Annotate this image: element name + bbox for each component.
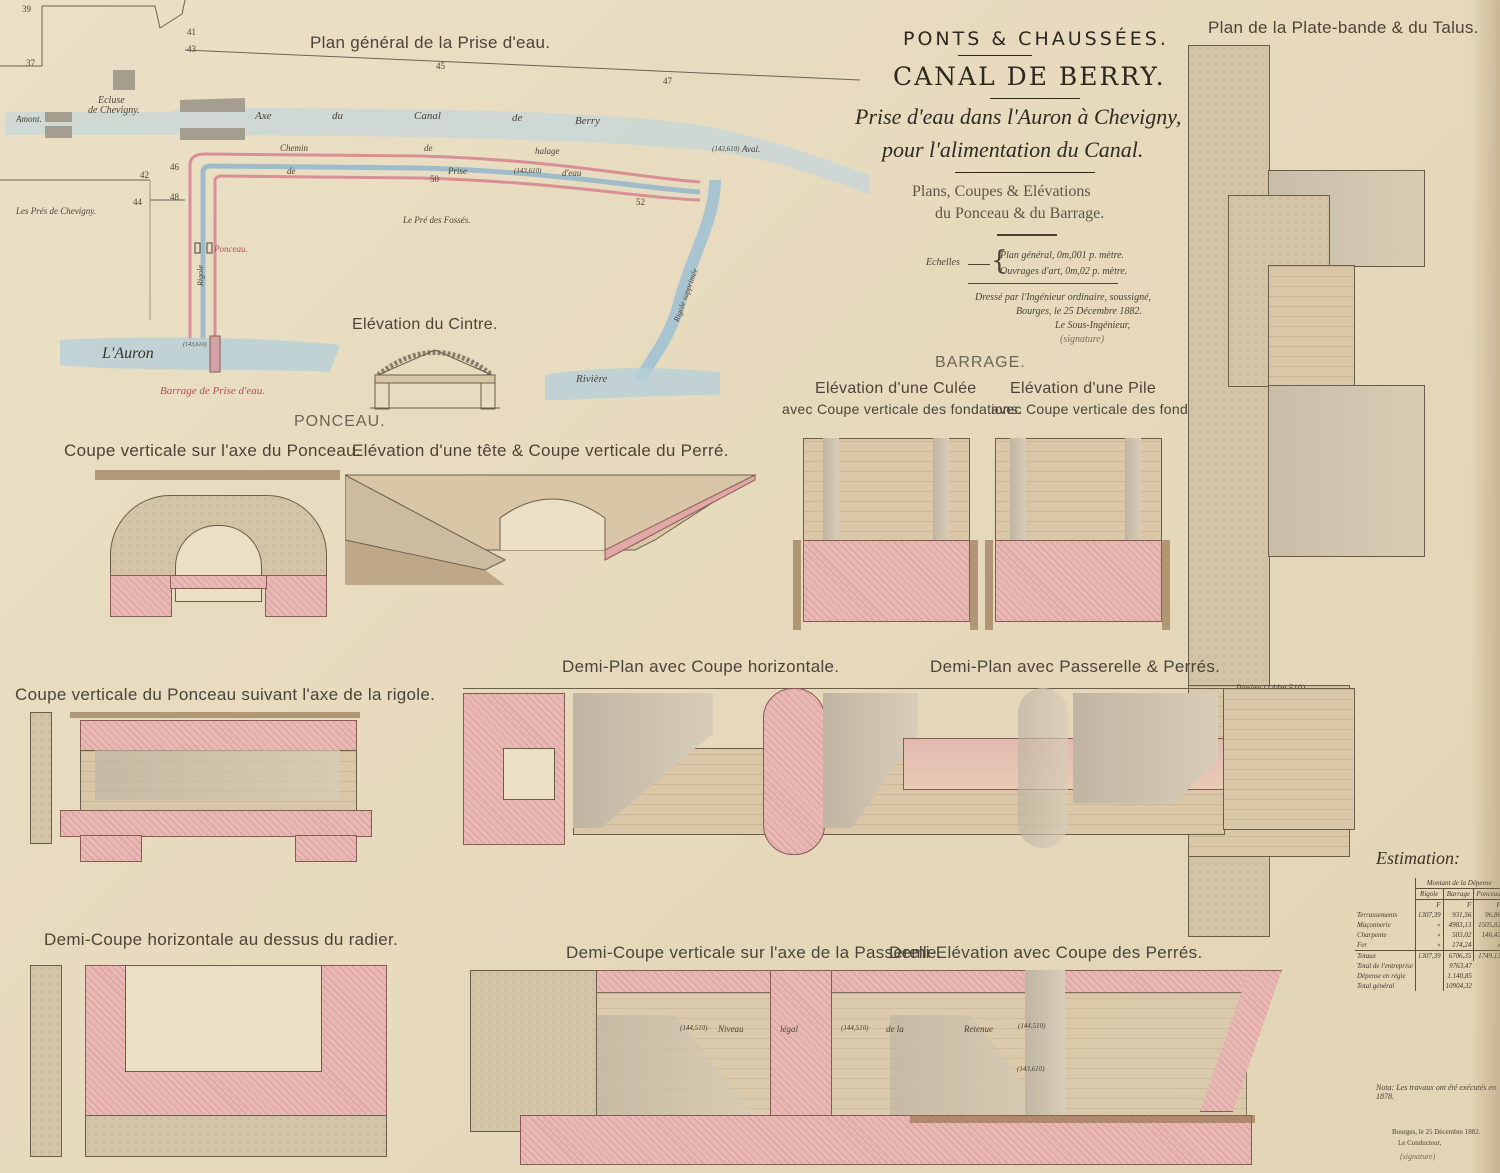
intake-word: (143,610) xyxy=(514,167,541,175)
drawing-sheet: PONTS & CHAUSSÉES. CANAL DE BERRY. Prise… xyxy=(0,0,1500,1173)
demi-coupe-radier-heading: Demi-Coupe horizontale au dessus du radi… xyxy=(44,930,398,950)
water-level-word: légal xyxy=(780,1024,798,1034)
paper-edge xyxy=(1470,0,1500,1173)
canal-axis-word: Axe xyxy=(255,110,271,122)
intake-word: Prise xyxy=(448,166,467,176)
footer-place-date: Bourges, le 25 Décembre 1882. xyxy=(1392,1128,1481,1136)
plate-bande-heading: Plan de la Plate-bande & du Talus. xyxy=(1208,18,1479,38)
ponceau-group-label: PONCEAU. xyxy=(294,413,386,431)
ponceau-label: Ponceau. xyxy=(214,244,248,254)
water-level-word: (144,510) xyxy=(680,1024,707,1032)
estimation-heading: Estimation: xyxy=(1376,848,1460,869)
point-47: 47 xyxy=(663,76,672,86)
auron-level: (143,610) xyxy=(183,342,207,348)
point-52: 52 xyxy=(636,197,645,207)
towpath-word: de xyxy=(424,143,433,153)
cintre-heading: Elévation du Cintre. xyxy=(352,316,498,334)
est-currency: F xyxy=(1415,900,1443,911)
demi-coupe-radier-drawing xyxy=(30,955,390,1160)
ponceau-axis-section-heading: Coupe verticale sur l'axe du Ponceau. xyxy=(64,441,361,461)
footer-role: Le Conducteur, xyxy=(1398,1139,1441,1147)
point-48: 48 xyxy=(170,192,179,202)
towpath-word: halage xyxy=(535,146,560,156)
lock-label-2: de Chevigny. xyxy=(88,105,140,116)
cintre-drawing xyxy=(370,340,500,412)
canal-axis-word: du xyxy=(332,110,343,122)
auron-river-label: L'Auron xyxy=(102,345,154,363)
point-39: 39 xyxy=(22,4,31,14)
meadow-label-1: Les Prés de Chevigny. xyxy=(16,206,96,216)
demi-coupe-passerelle-drawing xyxy=(440,970,1300,1165)
point-50: 50 xyxy=(430,174,439,184)
demi-plan-passerelle-heading: Demi-Plan avec Passerelle & Perrés. xyxy=(930,657,1220,677)
point-43: 43 xyxy=(187,44,196,54)
canal-axis-word: de xyxy=(512,112,522,124)
demi-plan-drawing xyxy=(463,688,1363,858)
meadow-label-2: Le Pré des Fossés. xyxy=(403,215,471,225)
rigole-label: Rigole xyxy=(196,265,205,286)
head-elevation-heading: Elévation d'une tête & Coupe verticale d… xyxy=(352,441,729,461)
water-level-word: Retenue xyxy=(964,1024,993,1034)
ponceau-axis-section-drawing xyxy=(95,470,340,630)
pile-heading-line-1: Elévation d'une Pile xyxy=(1010,380,1156,398)
point-45: 45 xyxy=(436,61,445,71)
demi-plan-coupe-heading: Demi-Plan avec Coupe horizontale. xyxy=(562,657,839,677)
point-44: 44 xyxy=(133,197,142,207)
rigole-section-drawing xyxy=(30,712,360,872)
est-col-rigole: Rigole xyxy=(1415,889,1443,900)
point-37: 37 xyxy=(26,58,35,68)
canal-axis-word: Berry xyxy=(575,115,600,127)
culee-drawing xyxy=(793,430,978,630)
bottom-level: (143,610) xyxy=(1017,1065,1044,1073)
intake-word: d'eau xyxy=(562,168,581,178)
intake-word: de xyxy=(287,166,296,176)
barrage-label: Barrage de Prise d'eau. xyxy=(160,385,265,397)
water-level-word: (144,510) xyxy=(841,1024,868,1032)
pile-drawing xyxy=(985,430,1170,630)
point-42: 42 xyxy=(140,170,149,180)
rigole-section-heading: Coupe verticale du Ponceau suivant l'axe… xyxy=(15,685,435,705)
towpath-word: Chemin xyxy=(280,143,308,153)
downstream-label: Aval. xyxy=(742,144,760,154)
culee-heading-line-2: avec Coupe verticale des fondations. xyxy=(782,401,1022,417)
water-level-word: de la xyxy=(886,1024,904,1034)
demi-elevation-perres-heading: Demi-Elévation avec Coupe des Perrés. xyxy=(889,943,1202,963)
water-level-word: Niveau xyxy=(718,1024,744,1034)
point-46: 46 xyxy=(170,162,179,172)
water-level-word: (144,510) xyxy=(1018,1022,1045,1030)
downstream-level: (143,610) xyxy=(712,145,739,153)
head-elevation-drawing xyxy=(345,470,765,630)
canal-axis-word: Canal xyxy=(414,110,441,122)
culee-heading-line-1: Elévation d'une Culée xyxy=(815,380,976,398)
point-41: 41 xyxy=(187,27,196,37)
upstream-label: Amont. xyxy=(16,114,42,124)
riviere-label: Rivière xyxy=(576,373,607,385)
demi-coupe-passerelle-heading: Demi-Coupe verticale sur l'axe de la Pas… xyxy=(566,943,942,963)
barrage-group-label: BARRAGE. xyxy=(935,354,1026,372)
footer-signature: (signature) xyxy=(1400,1152,1435,1161)
